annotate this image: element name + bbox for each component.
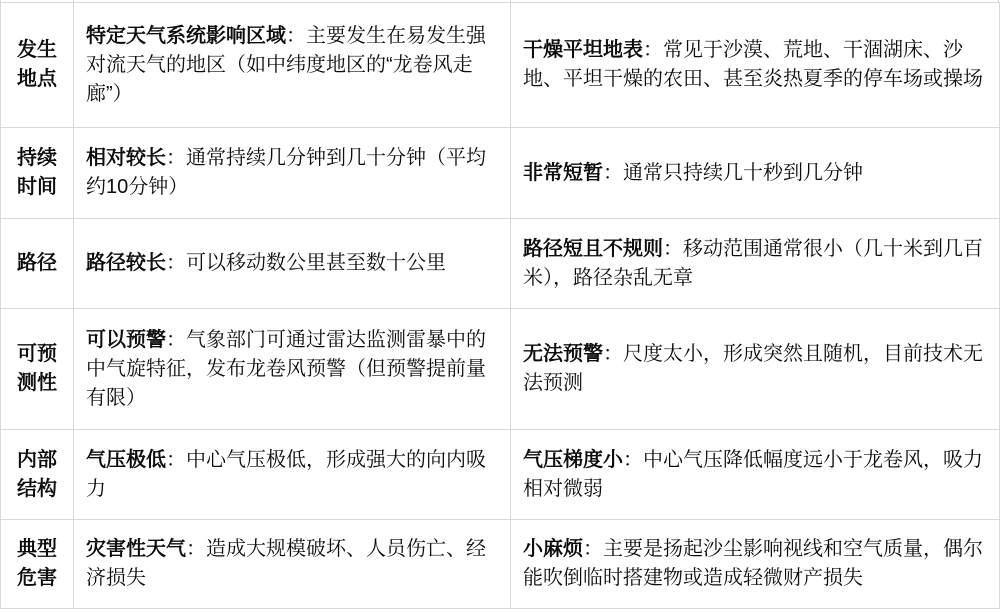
table-row: 可预测性 可以预警：气象部门可通过雷达监测雷暴中的中气旋特征，发布龙卷风预警（但… [1, 309, 1000, 430]
dust-devil-cell: 气压梯度小：中心气压降低幅度远小于龙卷风，吸力相对微弱 [511, 430, 1000, 520]
term-bold: 气压极低 [86, 449, 166, 471]
colon-separator: ： [166, 329, 186, 351]
row-header: 内部结构 [1, 430, 74, 520]
table-row: 典型危害 灾害性天气：造成大规模破坏、人员伤亡、经济损失 小麻烦：主要是扬起沙尘… [1, 520, 1000, 609]
colon-separator: ： [663, 238, 683, 260]
dust-devil-cell: 路径短且不规则：移动范围通常很小（几十米到几百米），路径杂乱无章 [511, 219, 1000, 309]
colon-separator: ： [643, 39, 663, 61]
table-row: 发生地点 特定天气系统影响区域：主要发生在易发生强对流天气的地区（如中纬度地区的… [1, 3, 1000, 128]
row-header: 可预测性 [1, 309, 74, 430]
row-header: 持续时间 [1, 128, 74, 219]
colon-separator: ： [623, 449, 643, 471]
table-row: 持续时间 相对较长：通常持续几分钟到几十分钟（平均约10分钟） 非常短暂：通常只… [1, 128, 1000, 219]
term-bold: 无法预警 [523, 343, 603, 365]
dust-devil-cell: 干燥平坦地表：常见于沙漠、荒地、干涸湖床、沙地、平坦干燥的农田、甚至炎热夏季的停… [511, 3, 1000, 128]
colon-separator: ： [186, 538, 206, 560]
tornado-cell: 气压极低：中心气压极低，形成强大的向内吸力 [74, 430, 511, 520]
comparison-table: 发生地点 特定天气系统影响区域：主要发生在易发生强对流天气的地区（如中纬度地区的… [0, 2, 1000, 609]
tornado-cell: 特定天气系统影响区域：主要发生在易发生强对流天气的地区（如中纬度地区的“龙卷风走… [74, 3, 511, 128]
colon-separator: ： [603, 343, 623, 365]
dust-devil-cell: 非常短暂：通常只持续几十秒到几分钟 [511, 128, 1000, 219]
colon-separator: ： [166, 252, 186, 274]
term-bold: 可以预警 [86, 329, 166, 351]
term-bold: 相对较长 [86, 147, 166, 169]
colon-separator: ： [583, 538, 603, 560]
dust-devil-cell: 无法预警：尺度太小，形成突然且随机，目前技术无法预测 [511, 309, 1000, 430]
crop-border-tick [73, 0, 74, 3]
tornado-cell: 相对较长：通常持续几分钟到几十分钟（平均约10分钟） [74, 128, 511, 219]
table-row: 内部结构 气压极低：中心气压极低，形成强大的向内吸力 气压梯度小：中心气压降低幅… [1, 430, 1000, 520]
tornado-cell: 路径较长：可以移动数公里甚至数十公里 [74, 219, 511, 309]
dust-devil-cell: 小麻烦：主要是扬起沙尘影响视线和空气质量，偶尔能吹倒临时搭建物或造成轻微财产损失 [511, 520, 1000, 609]
row-header: 路径 [1, 219, 74, 309]
row-header: 典型危害 [1, 520, 74, 609]
term-description: 可以移动数公里甚至数十公里 [186, 252, 446, 274]
crop-border-tick [0, 0, 1, 3]
row-header: 发生地点 [1, 3, 74, 128]
colon-separator: ： [166, 449, 186, 471]
term-bold: 小麻烦 [523, 538, 583, 560]
term-bold: 路径较长 [86, 252, 166, 274]
colon-separator: ： [603, 162, 623, 184]
tornado-cell: 可以预警：气象部门可通过雷达监测雷暴中的中气旋特征，发布龙卷风预警（但预警提前量… [74, 309, 511, 430]
term-description: 通常只持续几十秒到几分钟 [623, 162, 863, 184]
term-bold: 气压梯度小 [523, 449, 623, 471]
term-bold: 灾害性天气 [86, 538, 186, 560]
term-bold: 路径短且不规则 [523, 238, 663, 260]
tornado-cell: 灾害性天气：造成大规模破坏、人员伤亡、经济损失 [74, 520, 511, 609]
term-bold: 干燥平坦地表 [523, 39, 643, 61]
term-bold: 非常短暂 [523, 162, 603, 184]
term-bold: 特定天气系统影响区域 [86, 25, 286, 47]
colon-separator: ： [286, 25, 306, 47]
crop-border-tick [510, 0, 511, 3]
crop-border-tick [998, 0, 999, 3]
colon-separator: ： [166, 147, 186, 169]
table-row: 路径 路径较长：可以移动数公里甚至数十公里 路径短且不规则：移动范围通常很小（几… [1, 219, 1000, 309]
